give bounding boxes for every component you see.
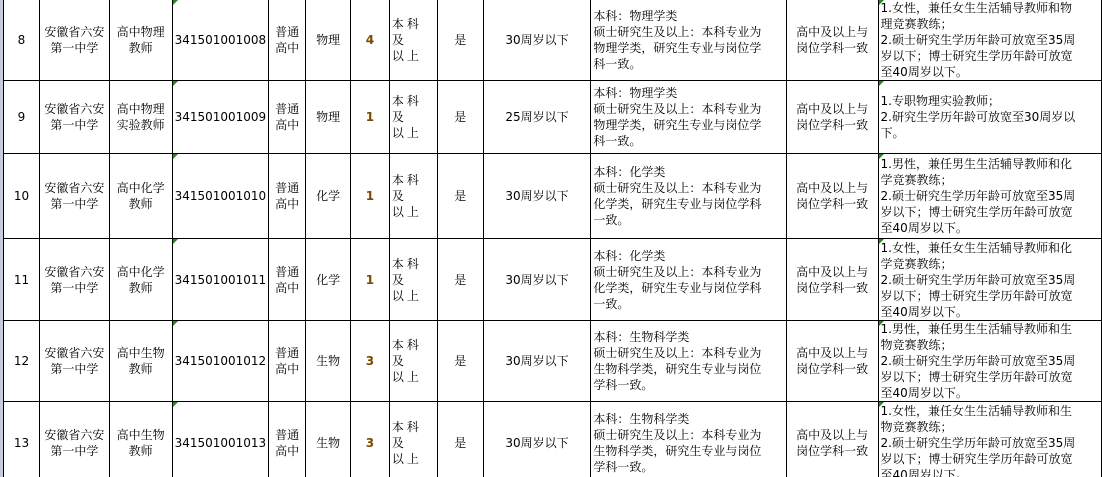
age-text: 30周岁以下: [505, 189, 568, 203]
count-text: 3: [366, 354, 374, 368]
index-text: 8: [18, 33, 26, 47]
notes-text: 1.男性，兼任男生生活辅导教师和生 物竞赛教练； 2.硕士研究生学历年龄可放宽至…: [881, 322, 1076, 400]
cell-position[interactable]: 高中化学 教师: [109, 239, 172, 321]
certificate-text: 高中及以上与 岗位学科一致: [796, 265, 868, 295]
cell-age[interactable]: 30周岁以下: [483, 402, 591, 477]
cell-major[interactable]: 本科：化学类 硕士研究生及以上：本科专业为 化学类，研究生专业与岗位学科 一致。: [591, 154, 786, 239]
count-text: 3: [366, 436, 374, 450]
cell-index[interactable]: 8: [4, 0, 40, 81]
cell-school-level[interactable]: 普通 高中: [269, 81, 306, 154]
education-text: 本科及 以上: [392, 420, 422, 466]
age-text: 30周岁以下: [505, 33, 568, 47]
cell-school-level[interactable]: 普通 高中: [269, 402, 306, 477]
cell-employer[interactable]: 安徽省六安 第一中学: [39, 154, 109, 239]
comment-marker-icon: [173, 239, 178, 244]
cell-count[interactable]: 1: [351, 239, 390, 321]
index-text: 10: [14, 189, 29, 203]
cell-education[interactable]: 本科及 以上: [389, 402, 437, 477]
cell-education[interactable]: 本科及 以上: [389, 239, 437, 321]
index-text: 13: [14, 436, 29, 450]
table-row: 13 安徽省六安 第一中学 高中生物 教师 341501001013 普通 高中…: [4, 402, 1102, 477]
education-text: 本科及 以上: [392, 257, 422, 303]
position-text: 高中化学 教师: [117, 265, 165, 295]
cell-notes[interactable]: 1.男性，兼任男生生活辅导教师和化 学竞赛教练； 2.硕士研究生学历年龄可放宽至…: [878, 154, 1101, 239]
table-row: 10 安徽省六安 第一中学 高中化学 教师 341501001010 普通 高中…: [4, 154, 1102, 239]
comment-marker-icon: [173, 81, 178, 86]
cell-school-level[interactable]: 普通 高中: [269, 321, 306, 402]
cell-education[interactable]: 本科及 以上: [389, 154, 437, 239]
level-text: 普通 高中: [275, 25, 299, 55]
cell-degree[interactable]: 是: [437, 81, 483, 154]
certificate-text: 高中及以上与 岗位学科一致: [796, 102, 868, 132]
degree-text: 是: [454, 273, 466, 287]
major-text: 本科：化学类 硕士研究生及以上：本科专业为 化学类，研究生专业与岗位学科 一致。: [593, 249, 761, 311]
cell-count[interactable]: 4: [351, 0, 390, 81]
cell-index[interactable]: 11: [4, 239, 40, 321]
degree-text: 是: [454, 33, 466, 47]
code-text: 341501001010: [175, 189, 267, 203]
cell-employer[interactable]: 安徽省六安 第一中学: [39, 402, 109, 477]
cell-degree[interactable]: 是: [437, 239, 483, 321]
comment-marker-icon: [173, 321, 178, 326]
cell-subject[interactable]: 生物: [306, 402, 351, 477]
education-text: 本科及 以上: [392, 338, 422, 384]
subject-text: 化学: [316, 189, 340, 203]
position-text: 高中物理 实验教师: [117, 102, 165, 132]
level-text: 普通 高中: [275, 346, 299, 376]
cell-position-code[interactable]: 341501001011: [172, 239, 269, 321]
comment-marker-icon: [879, 239, 884, 244]
level-text: 普通 高中: [275, 265, 299, 295]
table-row: 11 安徽省六安 第一中学 高中化学 教师 341501001011 普通 高中…: [4, 239, 1102, 321]
position-text: 高中生物 教师: [117, 428, 165, 458]
employer-text: 安徽省六安 第一中学: [44, 428, 104, 458]
employer-text: 安徽省六安 第一中学: [44, 346, 104, 376]
certificate-text: 高中及以上与 岗位学科一致: [796, 428, 868, 458]
cell-index[interactable]: 13: [4, 402, 40, 477]
subject-text: 生物: [316, 436, 340, 450]
employer-text: 安徽省六安 第一中学: [44, 102, 104, 132]
count-text: 4: [366, 33, 374, 47]
major-text: 本科：物理学类 硕士研究生及以上：本科专业为 物理学类，研究生专业与岗位学 科一…: [593, 86, 761, 148]
certificate-text: 高中及以上与 岗位学科一致: [796, 346, 868, 376]
cell-certificate[interactable]: 高中及以上与 岗位学科一致: [786, 239, 878, 321]
cell-age[interactable]: 30周岁以下: [483, 321, 591, 402]
comment-marker-icon: [879, 81, 884, 86]
cell-index[interactable]: 10: [4, 154, 40, 239]
cell-position[interactable]: 高中生物 教师: [109, 321, 172, 402]
cell-position-code[interactable]: 341501001008: [172, 0, 269, 81]
notes-text: 1.男性，兼任男生生活辅导教师和化 学竞赛教练； 2.硕士研究生学历年龄可放宽至…: [881, 157, 1076, 235]
notes-text: 1.专职物理实验教师； 2.研究生学历年龄可放宽至30周岁以 下。: [881, 94, 1076, 140]
cell-position[interactable]: 高中物理 实验教师: [109, 81, 172, 154]
cell-subject[interactable]: 物理: [306, 0, 351, 81]
cell-position[interactable]: 高中生物 教师: [109, 402, 172, 477]
cell-education[interactable]: 本科及 以上: [389, 0, 437, 81]
count-text: 1: [366, 110, 374, 124]
cell-certificate[interactable]: 高中及以上与 岗位学科一致: [786, 154, 878, 239]
certificate-text: 高中及以上与 岗位学科一致: [796, 25, 868, 55]
position-text: 高中化学 教师: [117, 181, 165, 211]
subject-text: 生物: [316, 354, 340, 368]
cell-count[interactable]: 3: [351, 321, 390, 402]
cell-age[interactable]: 30周岁以下: [483, 0, 591, 81]
notes-text: 1.女性，兼任女生生活辅导教师和化 学竞赛教练； 2.硕士研究生学历年龄可放宽至…: [881, 241, 1076, 319]
code-text: 341501001013: [175, 436, 267, 450]
employer-text: 安徽省六安 第一中学: [44, 181, 104, 211]
level-text: 普通 高中: [275, 181, 299, 211]
age-text: 30周岁以下: [505, 354, 568, 368]
cell-education[interactable]: 本科及 以上: [389, 81, 437, 154]
notes-text: 1.女性，兼任女生生活辅导教师和物 理竞赛教练； 2.硕士研究生学历年龄可放宽至…: [881, 1, 1076, 79]
cell-count[interactable]: 1: [351, 154, 390, 239]
index-text: 12: [14, 354, 29, 368]
comment-marker-icon: [173, 0, 178, 5]
major-text: 本科：化学类 硕士研究生及以上：本科专业为 化学类，研究生专业与岗位学科 一致。: [593, 165, 761, 227]
cell-certificate[interactable]: 高中及以上与 岗位学科一致: [786, 0, 878, 81]
cell-age[interactable]: 30周岁以下: [483, 154, 591, 239]
cell-age[interactable]: 25周岁以下: [483, 81, 591, 154]
table-row: 12 安徽省六安 第一中学 高中生物 教师 341501001012 普通 高中…: [4, 321, 1102, 402]
comment-marker-icon: [879, 321, 884, 326]
cell-position-code[interactable]: 341501001012: [172, 321, 269, 402]
cell-subject[interactable]: 生物: [306, 321, 351, 402]
cell-education[interactable]: 本科及 以上: [389, 321, 437, 402]
cell-school-level[interactable]: 普通 高中: [269, 0, 306, 81]
cell-count[interactable]: 3: [351, 402, 390, 477]
count-text: 1: [366, 189, 374, 203]
level-text: 普通 高中: [275, 102, 299, 132]
cell-employer[interactable]: 安徽省六安 第一中学: [39, 0, 109, 81]
code-text: 341501001009: [175, 110, 267, 124]
cell-index[interactable]: 9: [4, 81, 40, 154]
cell-age[interactable]: 30周岁以下: [483, 239, 591, 321]
level-text: 普通 高中: [275, 428, 299, 458]
cell-count[interactable]: 1: [351, 81, 390, 154]
cell-degree[interactable]: 是: [437, 321, 483, 402]
cell-certificate[interactable]: 高中及以上与 岗位学科一致: [786, 402, 878, 477]
education-text: 本科及 以上: [392, 173, 422, 219]
position-text: 高中生物 教师: [117, 346, 165, 376]
index-text: 11: [14, 273, 29, 287]
cell-degree[interactable]: 是: [437, 402, 483, 477]
age-text: 30周岁以下: [505, 436, 568, 450]
table-row: 9 安徽省六安 第一中学 高中物理 实验教师 341501001009 普通 高…: [4, 81, 1102, 154]
cell-notes[interactable]: 1.女性，兼任女生生活辅导教师和生 物竞赛教练； 2.硕士研究生学历年龄可放宽至…: [878, 402, 1101, 477]
age-text: 30周岁以下: [505, 273, 568, 287]
cell-major[interactable]: 本科：化学类 硕士研究生及以上：本科专业为 化学类，研究生专业与岗位学科 一致。: [591, 239, 786, 321]
code-text: 341501001011: [175, 273, 267, 287]
cell-major[interactable]: 本科：物理学类 硕士研究生及以上：本科专业为 物理学类，研究生专业与岗位学 科一…: [591, 81, 786, 154]
cell-certificate[interactable]: 高中及以上与 岗位学科一致: [786, 81, 878, 154]
cell-position[interactable]: 高中物理 教师: [109, 0, 172, 81]
cell-employer[interactable]: 安徽省六安 第一中学: [39, 81, 109, 154]
cell-employer[interactable]: 安徽省六安 第一中学: [39, 321, 109, 402]
cell-subject[interactable]: 化学: [306, 154, 351, 239]
cell-notes[interactable]: 1.男性，兼任男生生活辅导教师和生 物竞赛教练； 2.硕士研究生学历年龄可放宽至…: [878, 321, 1101, 402]
cell-position-code[interactable]: 341501001013: [172, 402, 269, 477]
degree-text: 是: [454, 354, 466, 368]
cell-employer[interactable]: 安徽省六安 第一中学: [39, 239, 109, 321]
cell-subject[interactable]: 物理: [306, 81, 351, 154]
employer-text: 安徽省六安 第一中学: [44, 25, 104, 55]
table-row: 8 安徽省六安 第一中学 高中物理 教师 341501001008 普通 高中 …: [4, 0, 1102, 81]
comment-marker-icon: [879, 402, 884, 407]
major-text: 本科：生物科学类 硕士研究生及以上：本科专业为 生物科学类，研究生专业与岗位 学…: [593, 330, 761, 392]
comment-marker-icon: [173, 154, 178, 159]
degree-text: 是: [454, 110, 466, 124]
comment-marker-icon: [173, 402, 178, 407]
certificate-text: 高中及以上与 岗位学科一致: [796, 181, 868, 211]
cell-school-level[interactable]: 普通 高中: [269, 154, 306, 239]
cell-position-code[interactable]: 341501001009: [172, 81, 269, 154]
cell-position[interactable]: 高中化学 教师: [109, 154, 172, 239]
major-text: 本科：物理学类 硕士研究生及以上：本科专业为 物理学类，研究生专业与岗位学 科一…: [593, 9, 761, 71]
cell-school-level[interactable]: 普通 高中: [269, 239, 306, 321]
comment-marker-icon: [879, 0, 884, 5]
index-text: 9: [18, 110, 26, 124]
education-text: 本科及 以上: [392, 17, 422, 63]
degree-text: 是: [454, 189, 466, 203]
code-text: 341501001008: [175, 33, 267, 47]
cell-major[interactable]: 本科：物理学类 硕士研究生及以上：本科专业为 物理学类，研究生专业与岗位学 科一…: [591, 0, 786, 81]
cell-degree[interactable]: 是: [437, 0, 483, 81]
age-text: 25周岁以下: [505, 110, 568, 124]
cell-position-code[interactable]: 341501001010: [172, 154, 269, 239]
major-text: 本科：生物科学类 硕士研究生及以上：本科专业为 生物科学类，研究生专业与岗位 学…: [593, 412, 761, 474]
cell-notes[interactable]: 1.女性，兼任女生生活辅导教师和化 学竞赛教练； 2.硕士研究生学历年龄可放宽至…: [878, 239, 1101, 321]
subject-text: 物理: [316, 33, 340, 47]
cell-certificate[interactable]: 高中及以上与 岗位学科一致: [786, 321, 878, 402]
degree-text: 是: [454, 436, 466, 450]
count-text: 1: [366, 273, 374, 287]
cell-index[interactable]: 12: [4, 321, 40, 402]
position-text: 高中物理 教师: [117, 25, 165, 55]
cell-major[interactable]: 本科：生物科学类 硕士研究生及以上：本科专业为 生物科学类，研究生专业与岗位 学…: [591, 402, 786, 477]
education-text: 本科及 以上: [392, 94, 422, 140]
cell-notes[interactable]: 1.专职物理实验教师； 2.研究生学历年龄可放宽至30周岁以 下。: [878, 81, 1101, 154]
cell-notes[interactable]: 1.女性，兼任女生生活辅导教师和物 理竞赛教练； 2.硕士研究生学历年龄可放宽至…: [878, 0, 1101, 81]
subject-text: 物理: [316, 110, 340, 124]
employer-text: 安徽省六安 第一中学: [44, 265, 104, 295]
subject-text: 化学: [316, 273, 340, 287]
code-text: 341501001012: [175, 354, 267, 368]
cell-major[interactable]: 本科：生物科学类 硕士研究生及以上：本科专业为 生物科学类，研究生专业与岗位 学…: [591, 321, 786, 402]
cell-subject[interactable]: 化学: [306, 239, 351, 321]
comment-marker-icon: [879, 154, 884, 159]
notes-text: 1.女性，兼任女生生活辅导教师和生 物竞赛教练； 2.硕士研究生学历年龄可放宽至…: [881, 404, 1076, 477]
recruitment-table: 8 安徽省六安 第一中学 高中物理 教师 341501001008 普通 高中 …: [3, 0, 1102, 477]
cell-degree[interactable]: 是: [437, 154, 483, 239]
